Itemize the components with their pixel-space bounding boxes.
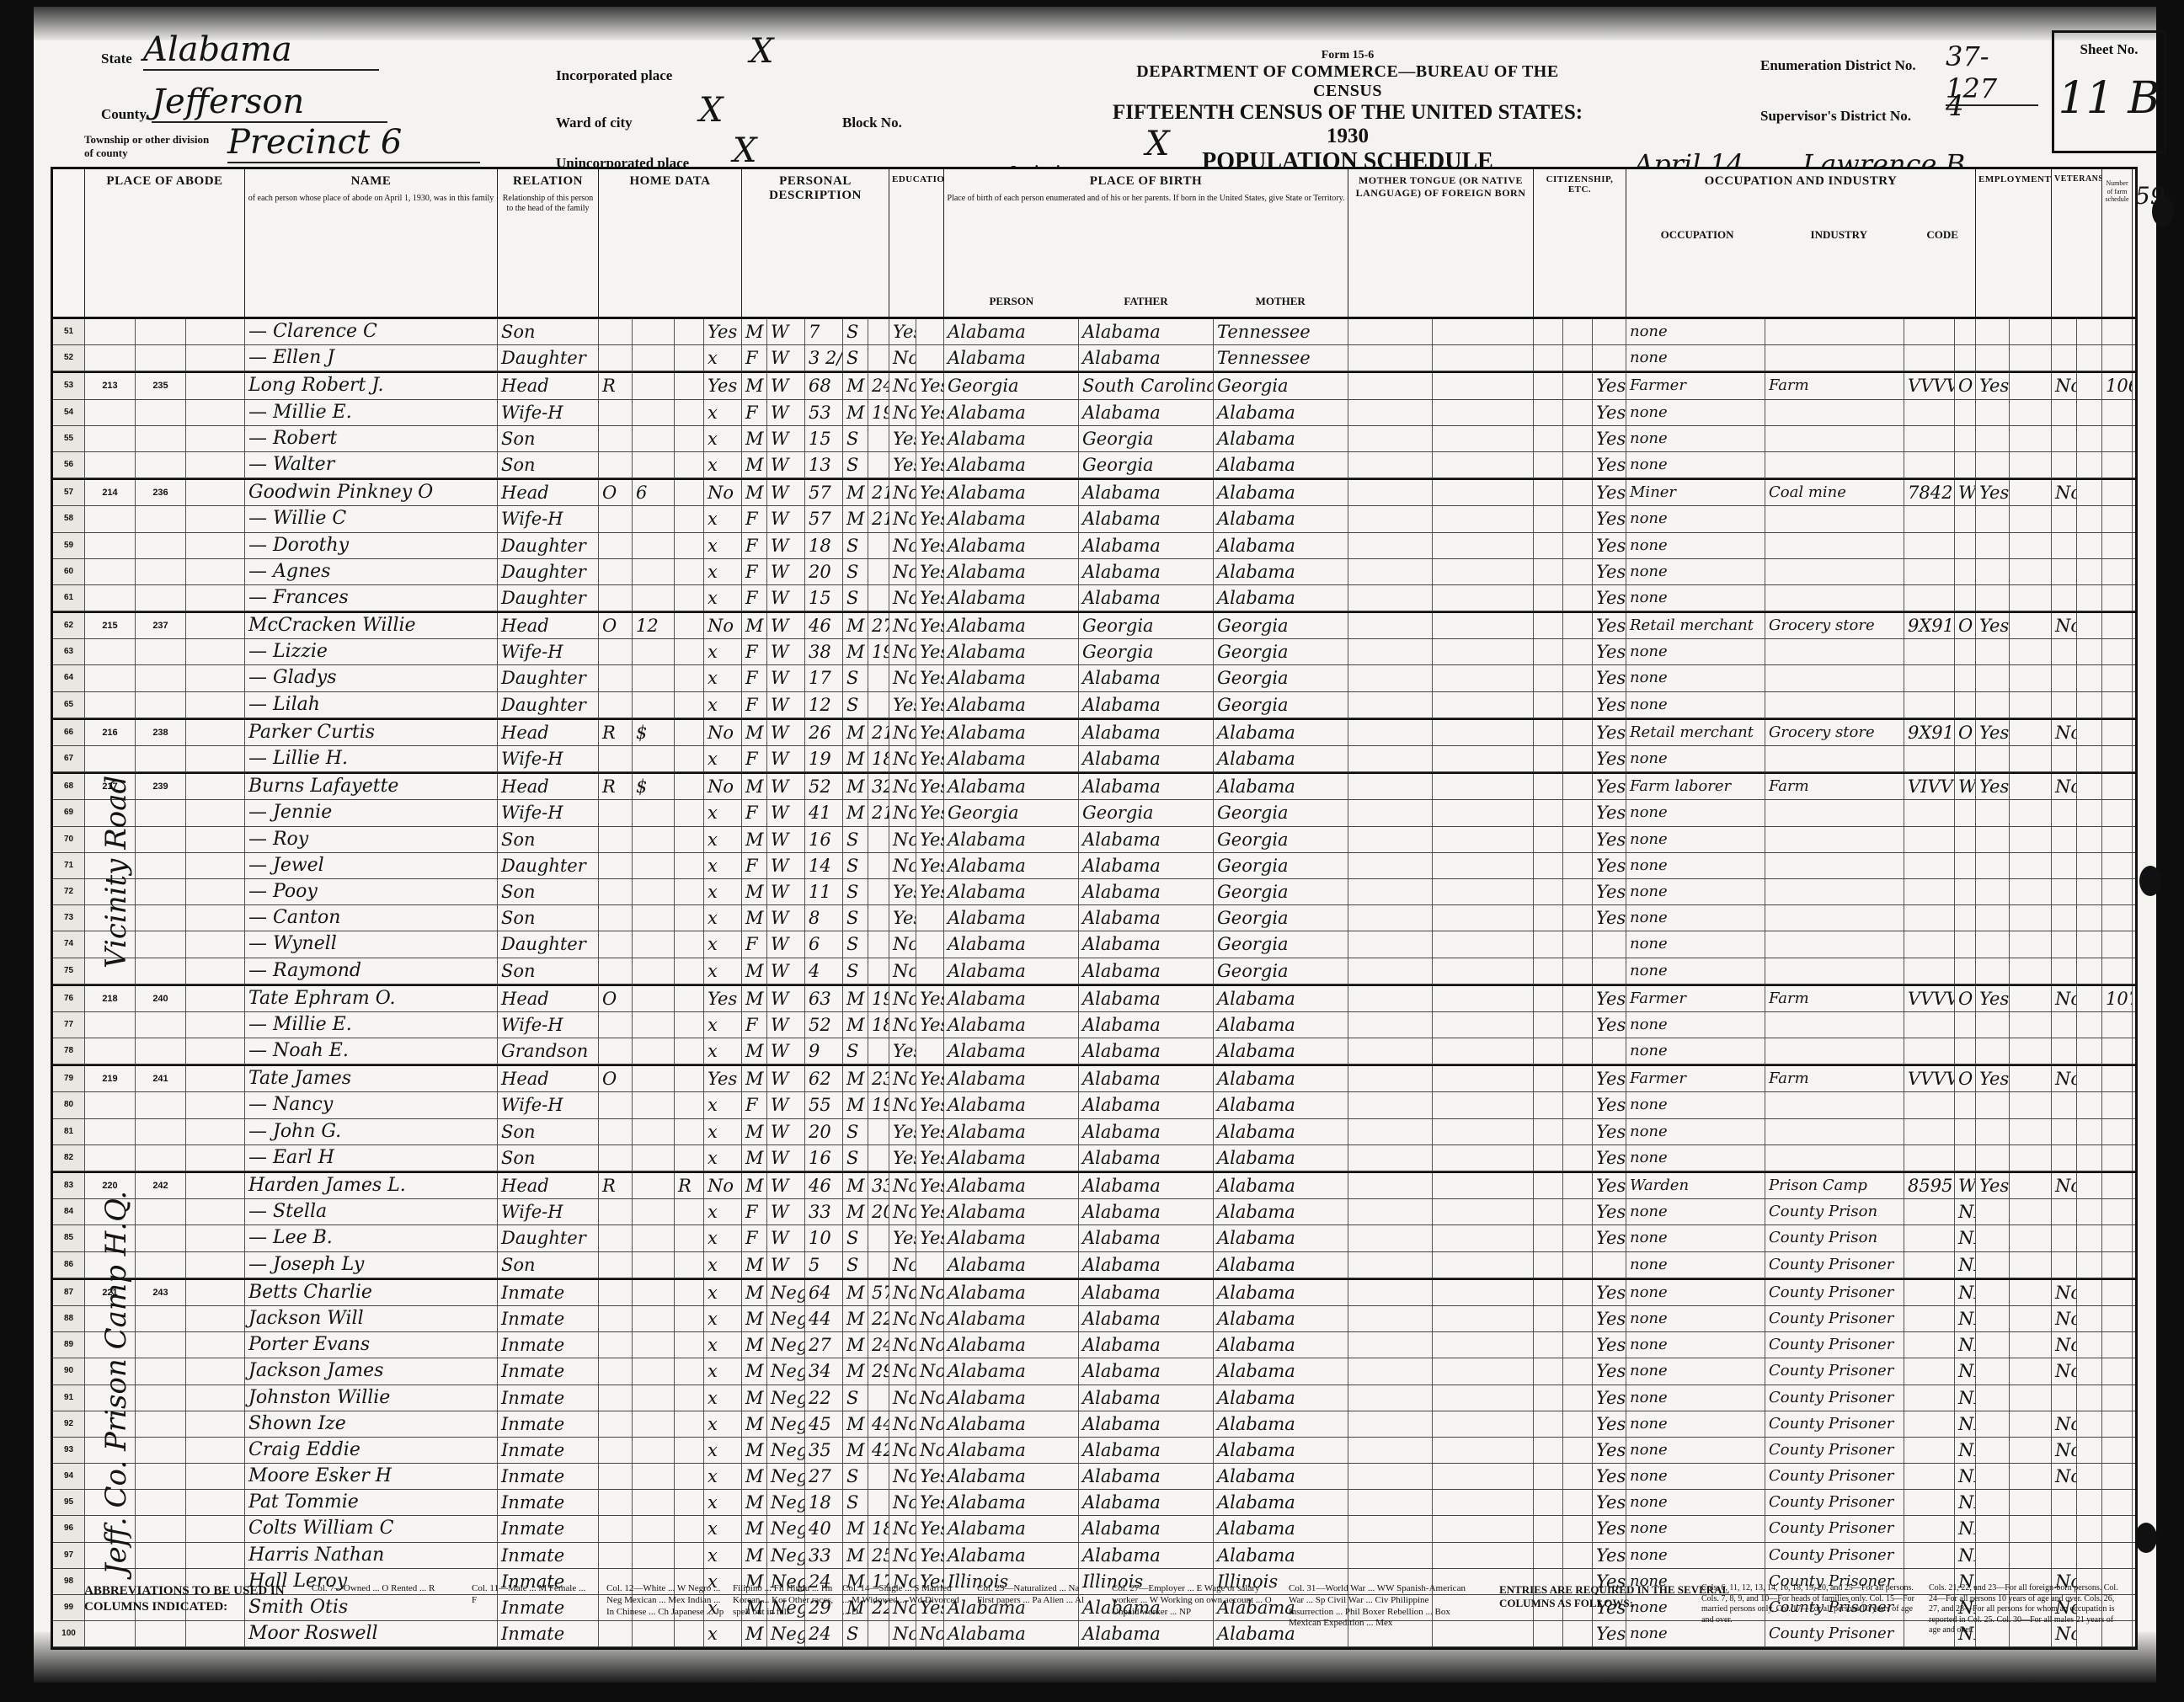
cell-fpob: Alabama (1079, 400, 1214, 425)
cell-value (633, 958, 675, 984)
cell-code (1433, 879, 1534, 904)
cell-mpob: Alabama (1214, 1464, 1348, 1489)
cell-fpob: Alabama (1079, 853, 1214, 878)
cell-empty (2077, 1092, 2102, 1118)
cell-sch: Yes (889, 319, 916, 344)
cell-fam (136, 1358, 186, 1384)
cell-sch: No (889, 827, 916, 852)
cell-age: 44 (805, 1306, 843, 1331)
cell-age: 62 (805, 1066, 843, 1091)
cell-farm: No (704, 613, 742, 638)
abbrev-title: ABBREVIATIONS TO BE USED IN COLUMNS INDI… (84, 1583, 295, 1615)
cell-farm: x (704, 665, 742, 691)
cell-farm: x (704, 1516, 742, 1541)
cell-empty (186, 345, 245, 371)
cell-empty (186, 373, 245, 398)
cell-sex: M (742, 1066, 767, 1091)
cell-eng: Yes (1593, 692, 1626, 718)
cell-ocode (1904, 827, 1955, 852)
cell-name: Burns Lafayette (245, 774, 498, 799)
cell-occ: none (1626, 1332, 1765, 1358)
cell-line: 56 (53, 452, 85, 478)
cell-ind: County Prisoner (1765, 1464, 1904, 1489)
cell-lit: Yes (916, 506, 944, 531)
cell-empty (1534, 1199, 1563, 1224)
cell-value (633, 373, 675, 398)
cell-farmno (2102, 1225, 2133, 1251)
incorporated-label: Incorporated place (556, 67, 672, 84)
cell-am: 19 (868, 1092, 889, 1118)
cell-line: 88 (53, 1306, 85, 1331)
cell-ms: M (843, 1516, 868, 1541)
cell-empty (2010, 774, 2052, 799)
cell-occ: none (1626, 319, 1765, 344)
cell-code (1433, 1066, 1534, 1091)
cell-line: 92 (53, 1411, 85, 1437)
cell-farmno (2102, 905, 2133, 931)
cell-mpob: Georgia (1214, 613, 1348, 638)
cell-line: 83 (53, 1173, 85, 1198)
cell-age: 45 (805, 1411, 843, 1437)
cell-ms: M (843, 613, 868, 638)
cell-lit: Yes (916, 639, 944, 664)
cell-empty (186, 692, 245, 718)
cell-lit: Yes (916, 585, 944, 611)
cell-am: 44 (868, 1411, 889, 1437)
personal-description-header: PERSONAL DESCRIPTION (742, 169, 889, 317)
cell-empty (1563, 1385, 1593, 1411)
cell-empty (1563, 800, 1593, 825)
cell-sch: No (889, 1411, 916, 1437)
cell-emp (1976, 1119, 2010, 1144)
cell-race: W (767, 931, 805, 957)
cell-occ: none (1626, 585, 1765, 611)
cell-fpob: Alabama (1079, 480, 1214, 505)
cell-cw: NP (1955, 1280, 1976, 1305)
cell-sex: M (742, 1438, 767, 1463)
cell-race: W (767, 692, 805, 718)
cell-mpob: Alabama (1214, 1199, 1348, 1224)
cell-code (1433, 1145, 1534, 1171)
cell-ind (1765, 827, 1904, 852)
cell-empty (1563, 1332, 1593, 1358)
cell-empty (1563, 426, 1593, 451)
cell-race: W (767, 1199, 805, 1224)
cell-ocode (1904, 1543, 1955, 1568)
cell-emp (1976, 1464, 2010, 1489)
cell-pob: Alabama (944, 1332, 1079, 1358)
cell-tenure (599, 931, 633, 957)
cell-value (633, 585, 675, 611)
cell-name: — Stella (245, 1199, 498, 1224)
cell-empty (186, 1543, 245, 1568)
cell-empty (1534, 533, 1563, 558)
cell-cw: NP (1955, 1225, 1976, 1251)
cell-rel: Inmate (498, 1306, 599, 1331)
cell-empty (2010, 1438, 2052, 1463)
cell-pob: Alabama (944, 400, 1079, 425)
cell-radio (675, 827, 704, 852)
cell-empty (186, 1092, 245, 1118)
cell-empty (1348, 533, 1433, 558)
cell-fpob: Alabama (1079, 1199, 1214, 1224)
cell-empty (2010, 452, 2052, 478)
cell-mpob: Alabama (1214, 400, 1348, 425)
cell-eng: Yes (1593, 1225, 1626, 1251)
cell-pob: Alabama (944, 1092, 1079, 1118)
cell-emp (1976, 1516, 2010, 1541)
cell-ocode: VIVV (1904, 774, 1955, 799)
cell-emp (1976, 931, 2010, 957)
cell-eng (1593, 1252, 1626, 1278)
cell-race: W (767, 665, 805, 691)
cell-am (868, 559, 889, 584)
cell-fam (136, 1438, 186, 1463)
cell-am (868, 426, 889, 451)
cell-empty (1563, 692, 1593, 718)
cell-vet (2052, 665, 2077, 691)
cell-mpob: Georgia (1214, 800, 1348, 825)
cell-empty (2077, 1145, 2102, 1171)
cell-farmno (2102, 1306, 2133, 1331)
cell-empty (186, 1490, 245, 1515)
cell-ocode (1904, 746, 1955, 771)
cell-empty (1348, 319, 1433, 344)
cell-name: — Clarence C (245, 319, 498, 344)
cell-tenure (599, 1252, 633, 1278)
cell-cw (1955, 800, 1976, 825)
cell-tenure (599, 1145, 633, 1171)
cell-pob: Alabama (944, 1038, 1079, 1064)
cell-farm: No (704, 480, 742, 505)
cell-sex: M (742, 986, 767, 1011)
cell-ms: S (843, 692, 868, 718)
cell-name: — Raymond (245, 958, 498, 984)
cell-emp (1976, 1438, 2010, 1463)
cell-rel: Son (498, 905, 599, 931)
cell-fpob: Alabama (1079, 1543, 1214, 1568)
cell-rel: Grandson (498, 1038, 599, 1064)
cell-age: 14 (805, 853, 843, 878)
cell-farmno (2102, 613, 2133, 638)
cell-cw (1955, 746, 1976, 771)
cell-am: 19 (868, 400, 889, 425)
cell-pob: Alabama (944, 1066, 1079, 1091)
cell-empty (1534, 879, 1563, 904)
cell-sch: Yes (889, 692, 916, 718)
cell-pob: Alabama (944, 774, 1079, 799)
cell-empty (2077, 774, 2102, 799)
cell-age: 16 (805, 1145, 843, 1171)
cell-farm: x (704, 1038, 742, 1064)
cell-code (1433, 1464, 1534, 1489)
cell-code (1433, 800, 1534, 825)
cell-radio (675, 931, 704, 957)
cell-mpob: Alabama (1214, 1306, 1348, 1331)
cell-ms: M (843, 1012, 868, 1038)
cell-ind: County Prisoner (1765, 1252, 1904, 1278)
footer-instructions: ABBREVIATIONS TO BE USED IN COLUMNS INDI… (51, 1583, 2133, 1642)
cell-ind (1765, 1038, 1904, 1064)
cell-rel: Wife-H (498, 746, 599, 771)
cell-lit: Yes (916, 1119, 944, 1144)
cell-empty (1563, 986, 1593, 1011)
abbrev-col14: Col. 14—Single ... S Married ... M Widow… (842, 1583, 960, 1618)
cell-am (868, 692, 889, 718)
state-value: Alabama (143, 30, 379, 71)
cell-lit: Yes (916, 1145, 944, 1171)
cell-empty (1348, 1119, 1433, 1144)
cell-vet: No (2052, 774, 2077, 799)
cell-lit: Yes (916, 1516, 944, 1541)
cell-fpob: Alabama (1079, 774, 1214, 799)
cell-empty (1348, 559, 1433, 584)
table-row: 83220242Harden James L.HeadRRNoMW46M33No… (53, 1171, 2135, 1199)
cell-empty (1348, 1516, 1433, 1541)
cell-farmno (2102, 1199, 2133, 1224)
cell-empty (1534, 639, 1563, 664)
cell-tenure (599, 1358, 633, 1384)
cell-code (1433, 319, 1534, 344)
cell-am (868, 452, 889, 478)
cell-empty (1534, 958, 1563, 984)
cell-ocode: VVVV (1904, 986, 1955, 1011)
cell-empty (1534, 585, 1563, 611)
cell-ms: S (843, 585, 868, 611)
cell-empty (2010, 1066, 2052, 1091)
cell-sex: M (742, 905, 767, 931)
cell-empty (1348, 665, 1433, 691)
cell-farmno (2102, 1145, 2133, 1171)
cell-code (1433, 931, 1534, 957)
cell-emp (1976, 1012, 2010, 1038)
cell-age: 20 (805, 1119, 843, 1144)
cell-sch: Yes (889, 1038, 916, 1064)
cell-tenure (599, 1199, 633, 1224)
cell-occ: Farmer (1626, 986, 1765, 1011)
cell-farmno (2102, 1066, 2133, 1091)
cell-mpob: Alabama (1214, 1543, 1348, 1568)
cell-empty (186, 1358, 245, 1384)
cell-farmno (2102, 1280, 2133, 1305)
cell-dw: 216 (85, 720, 136, 745)
cell-emp (1976, 905, 2010, 931)
cell-dw: 219 (85, 1066, 136, 1091)
cell-sch: Yes (889, 426, 916, 451)
cell-emp: Yes (1976, 986, 2010, 1011)
cell-ms: M (843, 1173, 868, 1198)
cell-mpob: Alabama (1214, 746, 1348, 771)
cell-farmno (2102, 559, 2133, 584)
cell-sex: F (742, 746, 767, 771)
cell-sch: No (889, 373, 916, 398)
cell-radio (675, 853, 704, 878)
cell-race: W (767, 452, 805, 478)
cell-empty (1563, 1012, 1593, 1038)
cell-tenure (599, 319, 633, 344)
cell-empty (2077, 1306, 2102, 1331)
cell-radio (675, 905, 704, 931)
cell-fam (136, 1038, 186, 1064)
cell-rel: Inmate (498, 1332, 599, 1358)
cell-vet (2052, 559, 2077, 584)
cell-ocode (1904, 1119, 1955, 1144)
cell-sch: No (889, 1438, 916, 1463)
cell-age: 5 (805, 1252, 843, 1278)
cell-eng: Yes (1593, 665, 1626, 691)
cell-empty (2077, 1358, 2102, 1384)
cell-ind: County Prisoner (1765, 1543, 1904, 1568)
cell-eng: Yes (1593, 426, 1626, 451)
cell-farm: x (704, 800, 742, 825)
cell-empty (1348, 1038, 1433, 1064)
cell-empty (2077, 400, 2102, 425)
cell-empty (1348, 879, 1433, 904)
cell-empty (1563, 1119, 1593, 1144)
cell-name: — Lilah (245, 692, 498, 718)
cell-fpob: Alabama (1079, 533, 1214, 558)
cell-am (868, 879, 889, 904)
cell-ocode (1904, 665, 1955, 691)
cell-empty (186, 665, 245, 691)
cell-pob: Alabama (944, 853, 1079, 878)
cell-line: 93 (53, 1438, 85, 1463)
cell-farm: x (704, 1119, 742, 1144)
cell-mpob: Alabama (1214, 1332, 1348, 1358)
cell-empty (2010, 1119, 2052, 1144)
cell-fam (136, 639, 186, 664)
cell-empty (2010, 800, 2052, 825)
cell-farm: x (704, 452, 742, 478)
cell-dw (85, 400, 136, 425)
cell-farmno (2102, 452, 2133, 478)
cell-sch: No (889, 746, 916, 771)
cell-pob: Alabama (944, 931, 1079, 957)
cell-age: 16 (805, 827, 843, 852)
cell-sch: No (889, 986, 916, 1011)
cell-farmno (2102, 827, 2133, 852)
cell-lit: Yes (916, 1464, 944, 1489)
cell-farmno (2102, 879, 2133, 904)
cell-occ: none (1626, 800, 1765, 825)
table-row: 82— Earl HSonxMW16SYesYesAlabamaAlabamaA… (53, 1145, 2135, 1171)
cell-empty (2010, 1173, 2052, 1198)
cell-occ: none (1626, 1092, 1765, 1118)
cell-race: W (767, 853, 805, 878)
cell-am: 18 (868, 746, 889, 771)
cell-empty (1348, 1490, 1433, 1515)
cell-mpob: Alabama (1214, 1490, 1348, 1515)
cell-age: 26 (805, 720, 843, 745)
cell-value (633, 506, 675, 531)
cell-dw (85, 585, 136, 611)
cell-mpob: Tennessee (1214, 319, 1348, 344)
sheet-value: 11 B (2054, 73, 2164, 124)
cell-empty (1534, 800, 1563, 825)
cell-name: — Earl H (245, 1145, 498, 1171)
cell-empty (2010, 533, 2052, 558)
cell-farmno (2102, 774, 2133, 799)
cell-empty (2010, 1038, 2052, 1064)
cell-fam (136, 931, 186, 957)
cell-sch: No (889, 774, 916, 799)
cell-empty (1563, 1464, 1593, 1489)
cell-farmno (2102, 720, 2133, 745)
cell-emp: Yes (1976, 480, 2010, 505)
cell-age: 27 (805, 1464, 843, 1489)
cell-mpob: Alabama (1214, 1119, 1348, 1144)
cell-sex: M (742, 1385, 767, 1411)
cell-tenure (599, 1225, 633, 1251)
cell-empty (1534, 506, 1563, 531)
cell-fam (136, 1385, 186, 1411)
table-row: 52— Ellen JDaughterxFW3 2/12SNoAlabamaAl… (53, 345, 2135, 371)
cell-rel: Inmate (498, 1411, 599, 1437)
cell-empty (186, 720, 245, 745)
cell-ms: S (843, 345, 868, 371)
cell-ms: M (843, 1438, 868, 1463)
cell-occ: none (1626, 1411, 1765, 1437)
cell-line: 87 (53, 1280, 85, 1305)
cell-empty (1534, 1092, 1563, 1118)
cell-farmno (2102, 800, 2133, 825)
cell-empty (1348, 400, 1433, 425)
table-row: 96Colts William CInmatexMNeg40M18NoYesAl… (53, 1516, 2135, 1542)
cell-empty (186, 931, 245, 957)
cell-ms: M (843, 1199, 868, 1224)
cell-race: W (767, 1012, 805, 1038)
cell-value (633, 533, 675, 558)
cell-cw (1955, 319, 1976, 344)
cell-tenure (599, 853, 633, 878)
cell-cw (1955, 692, 1976, 718)
cell-empty (2077, 800, 2102, 825)
cell-radio (675, 426, 704, 451)
cell-empty (186, 639, 245, 664)
cell-mpob: Alabama (1214, 1280, 1348, 1305)
cell-empty (1348, 827, 1433, 852)
cell-rel: Head (498, 373, 599, 398)
cell-tenure (599, 1490, 633, 1515)
county-label: County (101, 106, 147, 123)
cell-empty (1348, 1199, 1433, 1224)
cell-emp (1976, 400, 2010, 425)
cell-dw (85, 692, 136, 718)
cell-farm: x (704, 1012, 742, 1038)
cell-empty (2077, 746, 2102, 771)
mother-tongue-header: MOTHER TONGUE (OR NATIVE LANGUAGE) OF FO… (1348, 169, 1534, 317)
cell-mpob: Alabama (1214, 1066, 1348, 1091)
table-row: 88Jackson WillInmatexMNeg44M22NoNoAlabam… (53, 1306, 2135, 1332)
cell-vet (2052, 1038, 2077, 1064)
cell-empty (186, 1252, 245, 1278)
cell-empty (2010, 345, 2052, 371)
cell-cw: NP (1955, 1385, 1976, 1411)
cell-cw: NP (1955, 1199, 1976, 1224)
cell-fam (136, 452, 186, 478)
cell-race: W (767, 1092, 805, 1118)
cell-farmno: 107 (2102, 986, 2133, 1011)
cell-rel: Son (498, 827, 599, 852)
cell-name: — Willie C (245, 506, 498, 531)
cell-empty (1563, 1066, 1593, 1091)
table-row: 84— StellaWife-HxFW33M20NoYesAlabamaAlab… (53, 1199, 2135, 1225)
cell-line: 52 (53, 345, 85, 371)
cell-pob: Alabama (944, 1490, 1079, 1515)
line-number-header (53, 169, 85, 317)
cell-race: Neg (767, 1306, 805, 1331)
cell-empty (2077, 1252, 2102, 1278)
